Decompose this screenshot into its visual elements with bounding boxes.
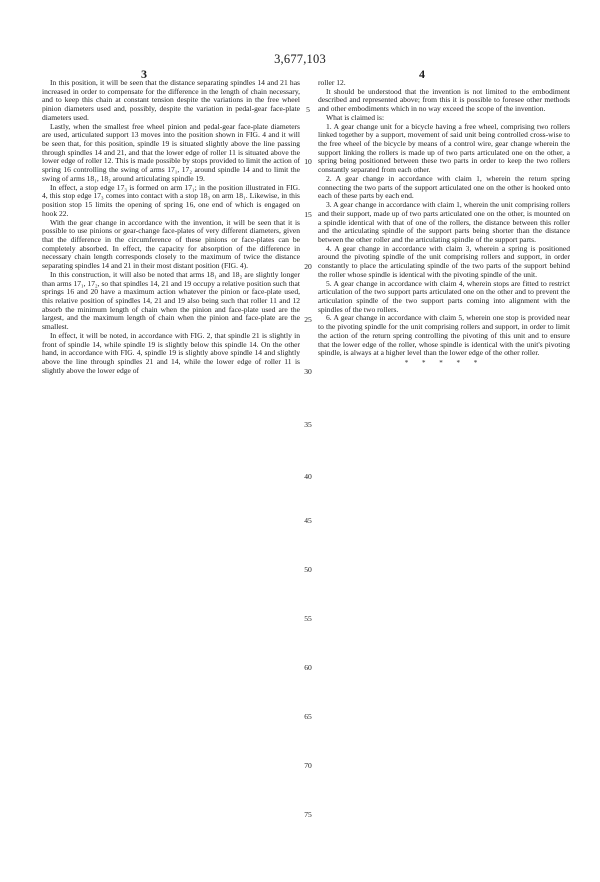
line-number: 55 bbox=[300, 614, 316, 623]
claim-1: 1. A gear change unit for a bicycle havi… bbox=[318, 123, 570, 175]
line-number: 35 bbox=[300, 420, 316, 429]
end-marker: * * * * * bbox=[318, 359, 570, 368]
line-number: 20 bbox=[300, 262, 316, 271]
line-number: 50 bbox=[300, 565, 316, 574]
line-number: 65 bbox=[300, 712, 316, 721]
line-number: 15 bbox=[300, 210, 316, 219]
line-number: 75 bbox=[300, 810, 316, 819]
line-number: 5 bbox=[300, 105, 316, 114]
paragraph: With the gear change in accordance with … bbox=[42, 219, 300, 271]
line-number: 25 bbox=[300, 315, 316, 324]
paragraph: In effect, it will be noted, in accordan… bbox=[42, 332, 300, 376]
line-number-gutter: 5 10 15 20 25 30 35 40 45 50 55 60 65 70… bbox=[300, 0, 316, 882]
left-column: In this position, it will be seen that t… bbox=[42, 79, 300, 375]
claim-3: 3. A gear change in accordance with clai… bbox=[318, 201, 570, 245]
paragraph: It should be understood that the inventi… bbox=[318, 88, 570, 114]
claim-4: 4. A gear change in accordance with clai… bbox=[318, 245, 570, 280]
right-column: roller 12. It should be understood that … bbox=[318, 79, 570, 368]
line-number: 30 bbox=[300, 367, 316, 376]
claim-6: 6. A gear change in accordance with clai… bbox=[318, 314, 570, 358]
claim-2: 2. A gear change in accordance with clai… bbox=[318, 175, 570, 201]
paragraph: Lastly, when the smallest free wheel pin… bbox=[42, 123, 300, 184]
paragraph: In effect, a stop edge 17₃ is formed on … bbox=[42, 184, 300, 219]
line-number: 70 bbox=[300, 761, 316, 770]
paragraph: In this position, it will be seen that t… bbox=[42, 79, 300, 123]
line-number: 60 bbox=[300, 663, 316, 672]
line-number: 10 bbox=[300, 157, 316, 166]
paragraph: In this construction, it will also be no… bbox=[42, 271, 300, 332]
claim-5: 5. A gear change in accordance with clai… bbox=[318, 280, 570, 315]
line-number: 40 bbox=[300, 472, 316, 481]
line-number: 45 bbox=[300, 516, 316, 525]
